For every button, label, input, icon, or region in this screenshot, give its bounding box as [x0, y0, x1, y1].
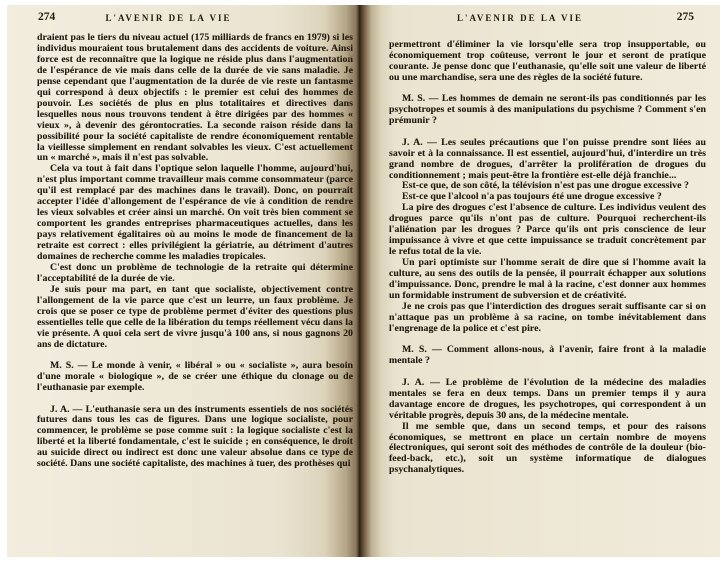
paragraph: M. S. — Le monde à venir, « libéral » ou…: [37, 361, 353, 394]
paragraph: M. S. — Les hommes de demain ne seront-i…: [389, 94, 706, 127]
paragraph: draient pas le tiers du niveau actuel (1…: [37, 33, 353, 164]
paragraph: J. A. — Les seules précautions que l'on …: [389, 138, 706, 182]
paragraph: C'est donc un problème de technologie de…: [37, 263, 353, 285]
running-title: L'AVENIR DE LA VIE: [7, 13, 330, 23]
paragraph: Cela va tout à fait dans l'optique selon…: [37, 164, 353, 263]
paragraph: Je ne crois pas que l'interdiction des d…: [389, 302, 706, 335]
paragraph: J. A. — Le problème de l'évolution de la…: [389, 378, 706, 422]
page-left-body: draient pas le tiers du niveau actuel (1…: [7, 27, 360, 470]
page-left-header: 274 L'AVENIR DE LA VIE: [7, 11, 360, 27]
paragraph: Il me semble que, dans un second temps, …: [389, 422, 706, 477]
paragraph: J. A. — L'euthanasie sera un des instrum…: [37, 405, 353, 471]
paragraph: La pire des drogues c'est l'absence de c…: [389, 203, 706, 258]
page-right-body: permettront d'éliminer la vie lorsqu'ell…: [360, 27, 720, 476]
running-title: L'AVENIR DE LA VIE: [360, 13, 680, 23]
paragraph: M. S. — Comment allons-nous, à l'avenir,…: [389, 345, 706, 367]
book-scan: 274 L'AVENIR DE LA VIE draient pas le ti…: [0, 0, 725, 564]
paragraph: Un pari optimiste sur l'homme serait de …: [389, 258, 706, 302]
paragraph: permettront d'éliminer la vie lorsqu'ell…: [389, 40, 706, 84]
paragraph: Je suis pour ma part, en tant que social…: [37, 285, 353, 351]
page-number: 275: [677, 11, 694, 23]
page-left: 274 L'AVENIR DE LA VIE draient pas le ti…: [7, 5, 360, 557]
pencil-mark-x: ×: [345, 49, 358, 65]
page-right-header: L'AVENIR DE LA VIE 275: [360, 11, 720, 27]
page-right: L'AVENIR DE LA VIE 275 permettront d'éli…: [360, 5, 720, 557]
